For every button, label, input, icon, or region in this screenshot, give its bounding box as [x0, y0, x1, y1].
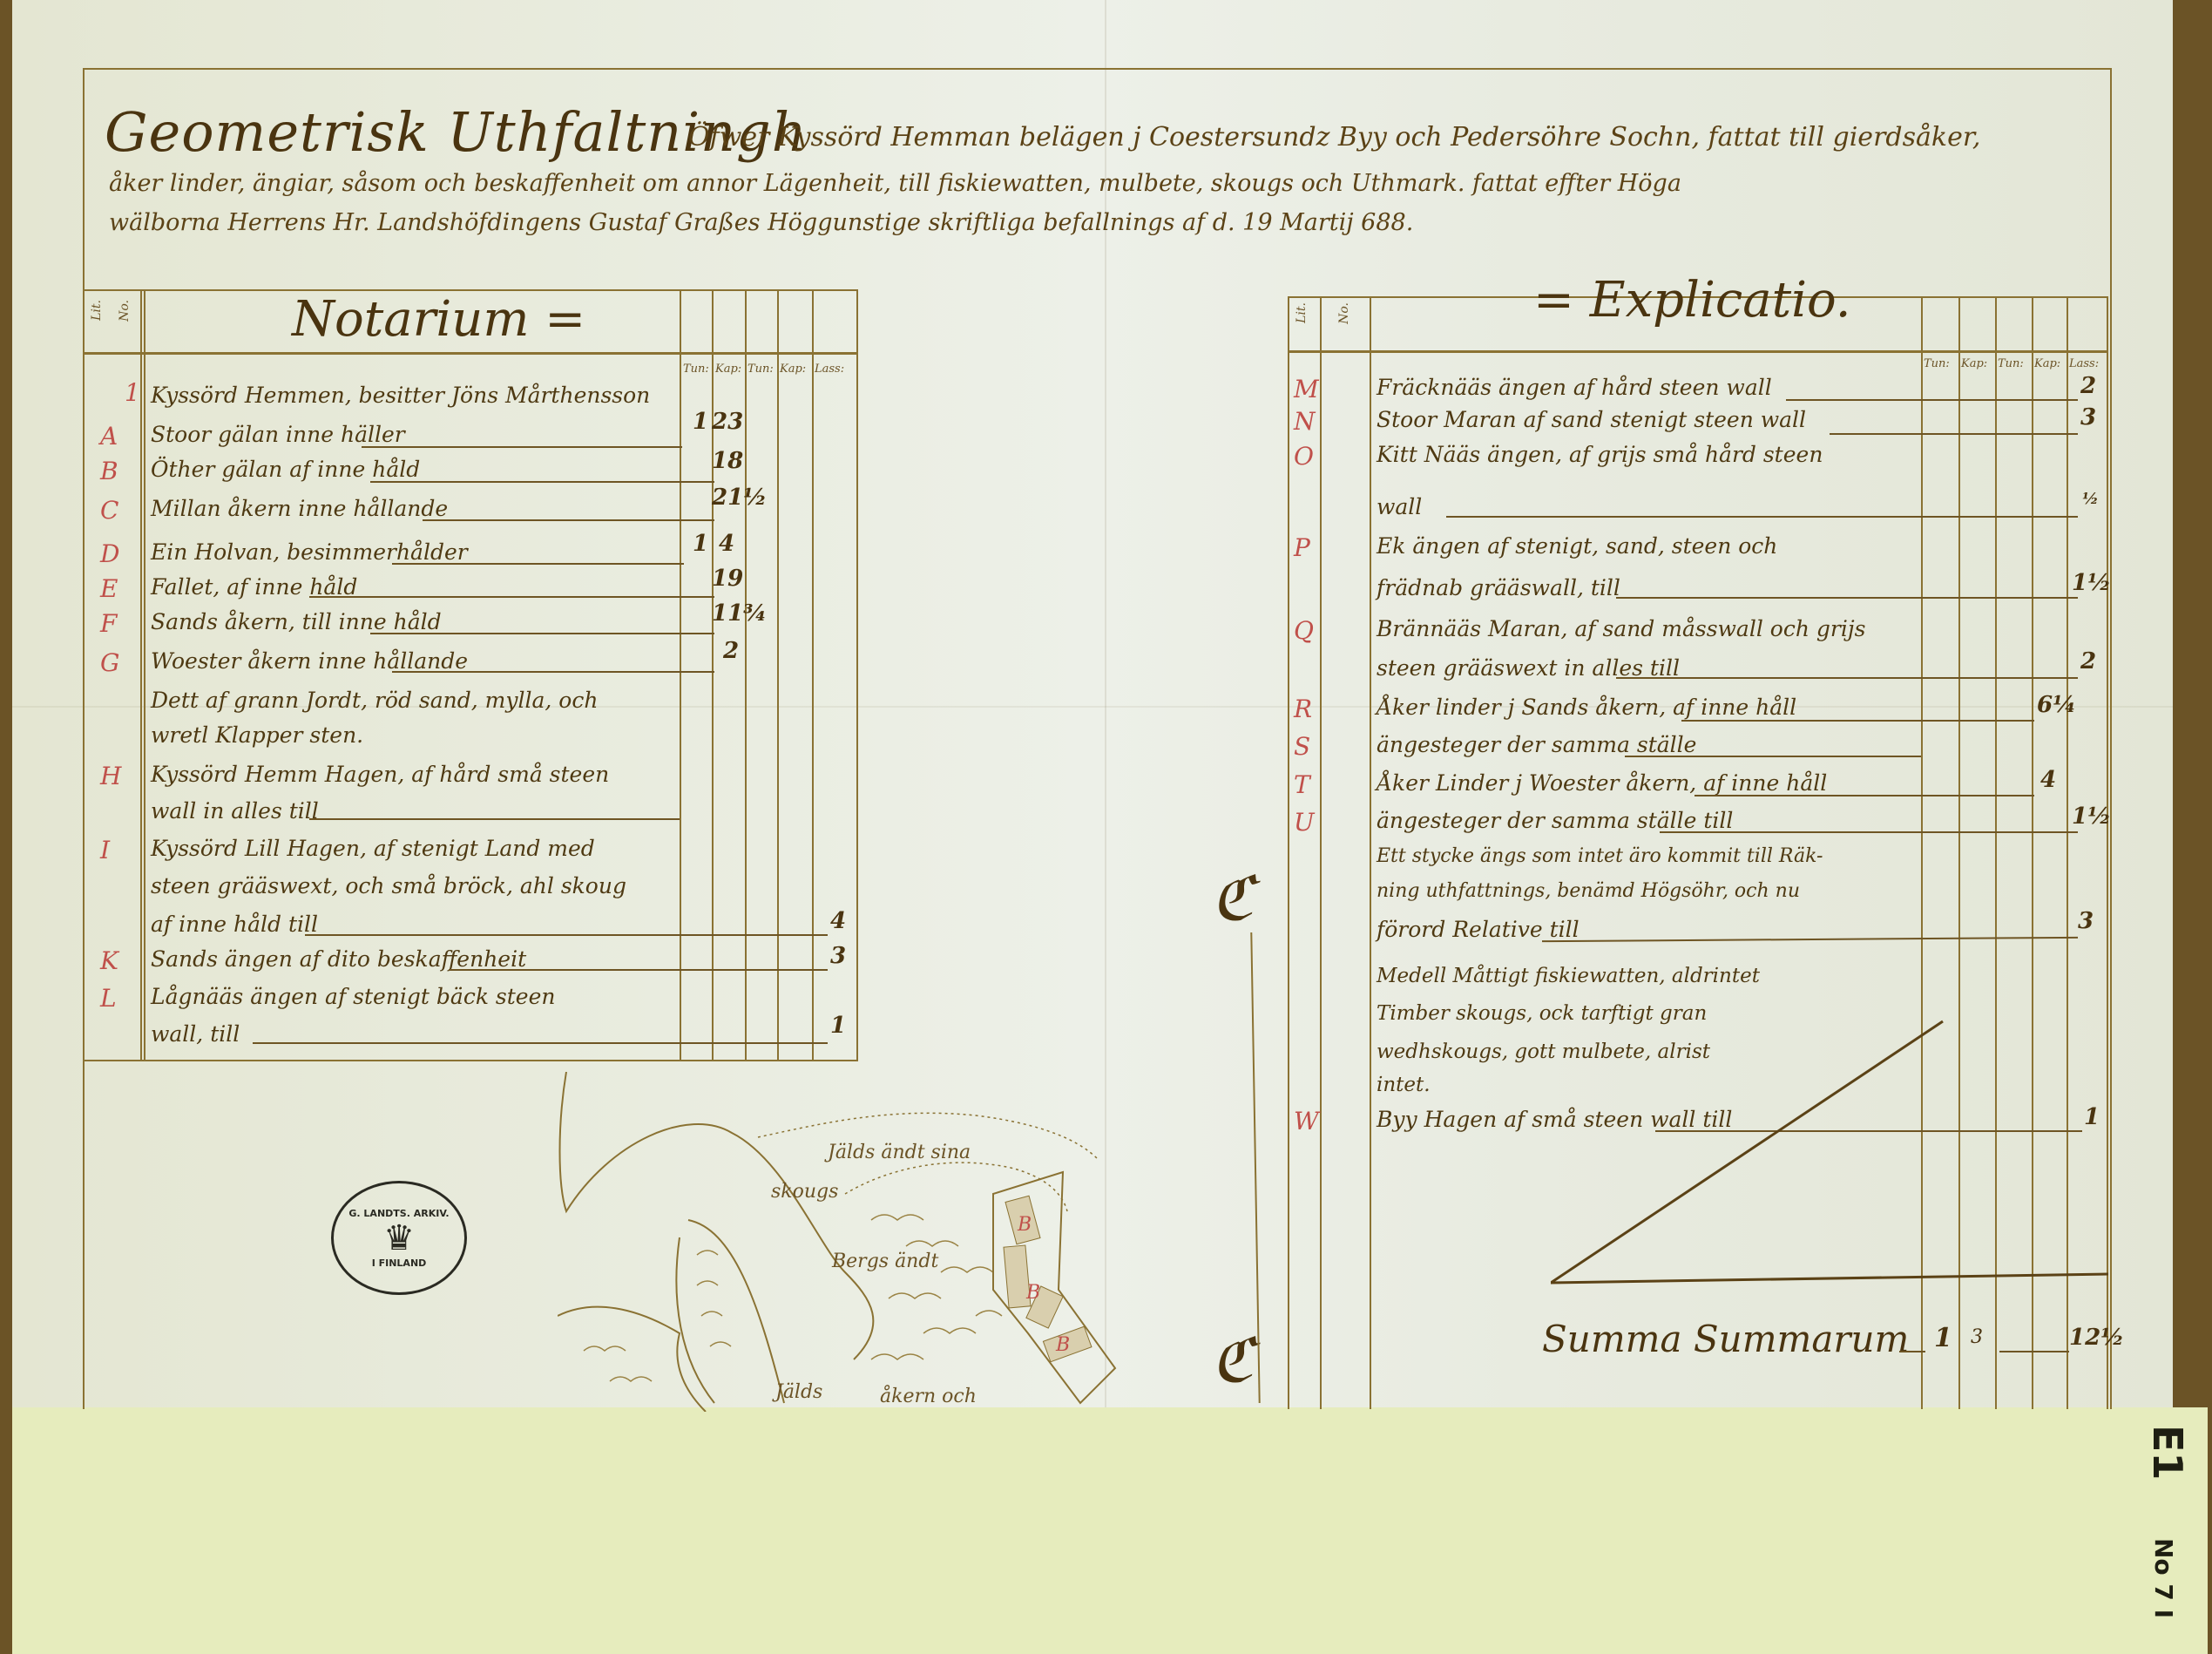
unit-tun: Tun: — [1924, 357, 1950, 370]
row-letter: N — [1294, 407, 1316, 436]
col-divider — [144, 291, 145, 1060]
explicatio-row-text: ning uthfattnings, benämd Högsöhr, och n… — [1377, 880, 1800, 902]
value-lass: ½ — [2082, 490, 2099, 508]
unit-tun-2: Tun: — [1998, 357, 2024, 370]
col-divider — [712, 291, 714, 1060]
archive-code: E1 — [2144, 1425, 2191, 1480]
header-line-1: Öfwer Kyssörd Hemman belägen j Coestersu… — [688, 122, 1980, 153]
leader-line — [305, 934, 828, 936]
row-letter: P — [1294, 533, 1310, 562]
leader-line — [1660, 831, 2078, 833]
row-number: 1 — [125, 378, 140, 407]
explicatio-title: = Explicatio. — [1533, 272, 1851, 329]
unit-tun-2: Tun: — [747, 363, 774, 376]
row-letter: U — [1294, 808, 1315, 837]
value-tun: 4 — [2040, 767, 2056, 793]
stamp-top-text: G. LANDTS. ARKIV. — [348, 1208, 449, 1219]
explicatio-row-text: wall — [1377, 494, 1422, 519]
unit-kap-2: Kap: — [780, 363, 806, 376]
archive-number: No 7 I — [2149, 1538, 2178, 1618]
explicatio-row-text: ängesteger der samma ställe till — [1377, 808, 1733, 833]
map-label: skougs — [771, 1181, 838, 1203]
explicatio-row-text: ängesteger der samma ställe — [1377, 732, 1696, 757]
col-divider — [777, 291, 779, 1060]
leader-line — [1616, 677, 2078, 679]
plot-marker: B — [1017, 1214, 1032, 1236]
explicatio-row-text: Åker Linder j Woester åkern, af inne hål… — [1377, 770, 1827, 796]
explicatio-row-text: Kitt Nääs ängen, af grijs små hård steen — [1377, 442, 1823, 467]
row-letter: W — [1294, 1107, 1319, 1135]
value-lass: 3 — [2078, 908, 2094, 934]
col-divider — [680, 291, 681, 1060]
value-kap: 2 — [723, 638, 739, 664]
notarium-row-text: Lågnääs ängen af stenigt bäck steen — [151, 984, 556, 1009]
row-letter: I — [100, 836, 110, 864]
explicatio-row-text: Brännääs Maran, af sand måsswall och gri… — [1377, 616, 1865, 641]
row-letter: D — [100, 539, 119, 568]
summa-tun: 1 — [1934, 1323, 1952, 1353]
col-divider — [812, 291, 814, 1060]
notarium-row-text: Millan åkern inne hållande — [151, 496, 448, 521]
value-lass: 1½ — [2072, 570, 2111, 596]
leader-line — [1786, 399, 2078, 401]
value-tun: 6¼ — [2037, 692, 2076, 718]
value-kap: 11¾ — [712, 600, 767, 627]
frame-top-rule — [83, 68, 2108, 70]
closing-triangle-lines — [1551, 1013, 2108, 1291]
notarium-row-text: af inne håld till — [151, 912, 318, 937]
row-letter: B — [100, 457, 118, 485]
row-letter: C — [100, 496, 118, 525]
notarium-table: Notarium = Lit. No. Tun: Kap: Tun: Kap: … — [83, 289, 858, 1061]
summa-kap: 3 — [1971, 1326, 1983, 1348]
explicatio-row-text: Fräcknääs ängen af hård steen wall — [1377, 375, 1772, 400]
notarium-title: Notarium = — [292, 291, 585, 348]
col-divider — [745, 291, 747, 1060]
leader-line — [1999, 1351, 2069, 1352]
row-letter: O — [1294, 442, 1314, 471]
leader-line — [1899, 1351, 1925, 1352]
summa-lass: 12½ — [2069, 1325, 2124, 1351]
leader-line — [370, 481, 714, 483]
header-line-2: åker linder, ängiar, såsom och beskaffen… — [109, 170, 1681, 197]
leader-line — [1695, 795, 2034, 796]
notarium-row-text: Ein Holvan, besimmerhålder — [151, 539, 468, 565]
value-kap: 19 — [712, 566, 743, 592]
value-kap: 21½ — [712, 485, 767, 511]
explicatio-table: = Explicatio. Lit. No. Tun: Kap: Tun: Ka… — [1288, 296, 2108, 1409]
plot-marker: B — [1025, 1282, 1040, 1304]
leader-line — [309, 818, 680, 820]
leader-line — [1830, 433, 2078, 435]
col-header-no: No. — [118, 300, 132, 322]
double-eagle-emblem-icon: ♛ — [383, 1219, 415, 1257]
notarium-row-text: wretl Klapper sten. — [151, 722, 363, 748]
leader-line — [1625, 756, 1921, 757]
row-letter: G — [100, 648, 119, 677]
map-sketch: B B B — [558, 1072, 1202, 1412]
leader-line — [253, 1042, 828, 1044]
col-header-lit: Lit. — [90, 300, 104, 321]
row-letter: H — [100, 762, 121, 790]
header-line-3: wälborna Herrens Hr. Landshöfdingens Gus… — [109, 209, 1413, 236]
notarium-header-rule — [83, 352, 856, 355]
flourish-ornament: ℭ — [1211, 1325, 1254, 1396]
unit-lass: Lass: — [2069, 357, 2099, 370]
row-letter: F — [100, 609, 117, 638]
row-letter: A — [100, 422, 118, 451]
notarium-row-text: Öther gälan af inne håld — [151, 457, 420, 482]
row-letter: S — [1294, 732, 1310, 761]
value-tun: 1 — [693, 531, 708, 557]
notarium-row-text: Sands ängen af dito beskaffenheit — [151, 946, 526, 972]
row-letter: M — [1294, 375, 1319, 403]
explicatio-header-rule — [1289, 350, 2108, 353]
explicatio-row-text: frädnab grääswall, till — [1377, 575, 1620, 600]
archive-label-sheet — [12, 1407, 2208, 1654]
value-lass: 4 — [830, 908, 846, 934]
leader-line — [423, 519, 714, 521]
leader-line — [370, 633, 714, 634]
notarium-row-text: wall in alles till — [151, 798, 319, 824]
archive-reference: E1 No 7 I — [2130, 1425, 2200, 1643]
unit-kap: Kap: — [715, 363, 741, 376]
row-letter: Q — [1294, 616, 1314, 645]
unit-lass: Lass: — [815, 363, 844, 376]
value-kap: 4 — [719, 531, 734, 557]
explicatio-row-text: intet. — [1377, 1074, 1431, 1096]
leader-line — [309, 596, 714, 598]
col-header-no: No. — [1337, 302, 1351, 324]
map-label: åkern och — [880, 1386, 977, 1407]
map-label: Jälds ändt sina — [828, 1142, 971, 1163]
unit-tun: Tun: — [683, 363, 709, 376]
archive-stamp: G. LANDTS. ARKIV. ♛ I FINLAND — [331, 1181, 467, 1295]
plot-marker: B — [1055, 1334, 1070, 1356]
value-kap: 23 — [712, 409, 743, 435]
explicatio-row-text: förord Relative till — [1377, 917, 1580, 942]
row-letter: T — [1294, 770, 1310, 799]
notarium-row-text: Sands åkern, till inne håld — [151, 609, 442, 634]
notarium-row-text: Woester åkern inne hållande — [151, 648, 468, 674]
col-divider — [1320, 298, 1322, 1409]
notarium-row-text: Kyssörd Hemm Hagen, af hård små steen — [151, 762, 609, 787]
stamp-bottom-text: I FINLAND — [372, 1257, 427, 1269]
row-letter: L — [100, 984, 117, 1013]
leader-line — [1681, 720, 2034, 722]
value-kap: 18 — [712, 448, 743, 474]
row-letter: K — [100, 946, 118, 975]
col-header-lit: Lit. — [1295, 302, 1309, 323]
value-lass: 3 — [830, 943, 846, 969]
col-divider — [140, 291, 142, 1060]
notarium-row-text: Stoor gälan inne häller — [151, 422, 405, 447]
explicatio-row-text: Åker linder j Sands åkern, af inne håll — [1377, 695, 1796, 720]
explicatio-row-text: Ett stycke ängs som intet äro kommit til… — [1377, 845, 1823, 867]
notarium-row-text: Kyssörd Hemmen, besitter Jöns Mårthensso… — [151, 383, 650, 408]
value-lass: 2 — [2080, 373, 2096, 399]
notarium-row-text: wall, till — [151, 1021, 240, 1047]
leader-line — [392, 671, 714, 673]
unit-kap: Kap: — [1961, 357, 1987, 370]
leader-line — [449, 969, 828, 971]
map-label: Jälds — [775, 1381, 822, 1403]
notarium-row-text: Kyssörd Lill Hagen, af stenigt Land med — [151, 836, 595, 861]
notarium-row-text: Dett af grann Jordt, röd sand, mylla, oc… — [151, 688, 598, 713]
notarium-row-text: steen grääswext, och små bröck, ahl skou… — [151, 873, 626, 898]
value-lass: 1½ — [2072, 803, 2111, 830]
value-lass: 2 — [2080, 648, 2096, 674]
row-letter: E — [100, 574, 118, 603]
flourish-ornament: ℭ — [1211, 863, 1254, 934]
summa-summarum-label: Summa Summarum — [1542, 1318, 1909, 1360]
leader-line — [392, 563, 684, 565]
value-lass: 1 — [830, 1013, 846, 1039]
map-label: Bergs ändt — [832, 1251, 938, 1272]
leader-line — [1616, 597, 2078, 599]
explicatio-row-text: Medell Måttigt fiskiewatten, aldrintet — [1377, 965, 1760, 987]
value-tun: 1 — [693, 409, 708, 435]
leader-line — [1446, 516, 2078, 518]
value-lass: 3 — [2080, 404, 2096, 430]
explicatio-row-text: Stoor Maran af sand stenigt steen wall — [1377, 407, 1806, 432]
col-divider — [1370, 298, 1371, 1409]
unit-kap-2: Kap: — [2034, 357, 2060, 370]
explicatio-row-text: Ek ängen af stenigt, sand, steen och — [1377, 533, 1777, 559]
row-letter: R — [1294, 695, 1312, 723]
leader-line — [1542, 937, 2078, 942]
leader-line — [362, 446, 682, 448]
